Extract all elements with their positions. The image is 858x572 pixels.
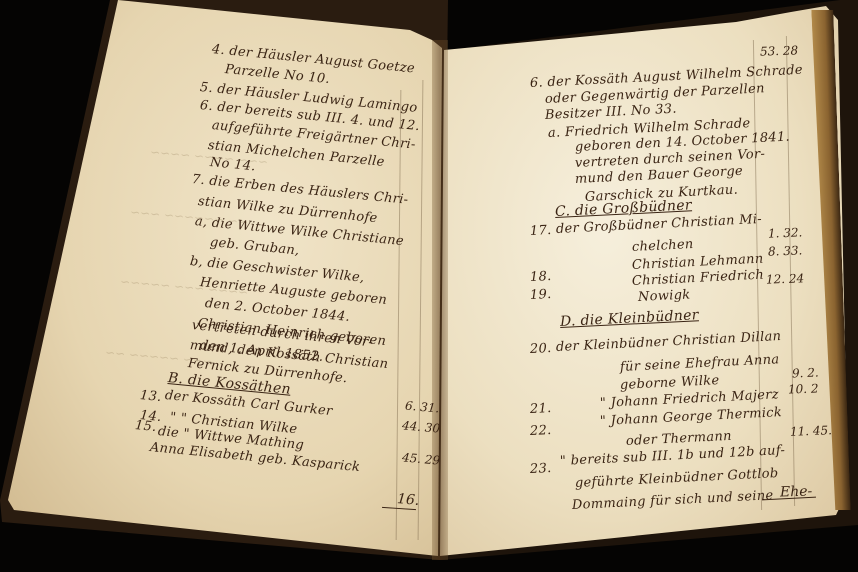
entry-number: 15. — [134, 418, 157, 435]
entry-amount: 6. 31. — [404, 399, 439, 416]
entry-text: Nowigk — [638, 287, 691, 305]
entry-text: chelchen — [632, 237, 694, 255]
entry-number: 19. — [530, 287, 552, 303]
page-total: 16. — [396, 491, 420, 509]
entry-amount: 1. 32. — [768, 225, 803, 240]
entry-number: 21. — [530, 401, 552, 417]
entry-number: 20. — [530, 341, 552, 357]
entry-amount: 11. 45. — [790, 423, 832, 438]
carried-amount: 53. 28 — [760, 43, 799, 58]
entry-number: 18. — [530, 269, 552, 285]
entry-amount: 12. 24 — [766, 271, 805, 286]
open-ledger-book: ~~~ ~~~~ ~~~~ ~~ ~~~~~~ ~~~ ~~~~ ~~~ ~~~… — [0, 0, 858, 572]
entry-number: 22. — [530, 423, 552, 439]
book-gutter — [432, 40, 448, 560]
entry-number: 23. — [530, 461, 552, 477]
entry-number: 13. — [139, 388, 162, 405]
entry-amount: 10. 2 — [788, 381, 819, 396]
entry-amount: 9. 2. — [792, 366, 819, 381]
entry-number: 17. — [530, 223, 552, 239]
entry-amount: 8. 33. — [768, 243, 803, 258]
